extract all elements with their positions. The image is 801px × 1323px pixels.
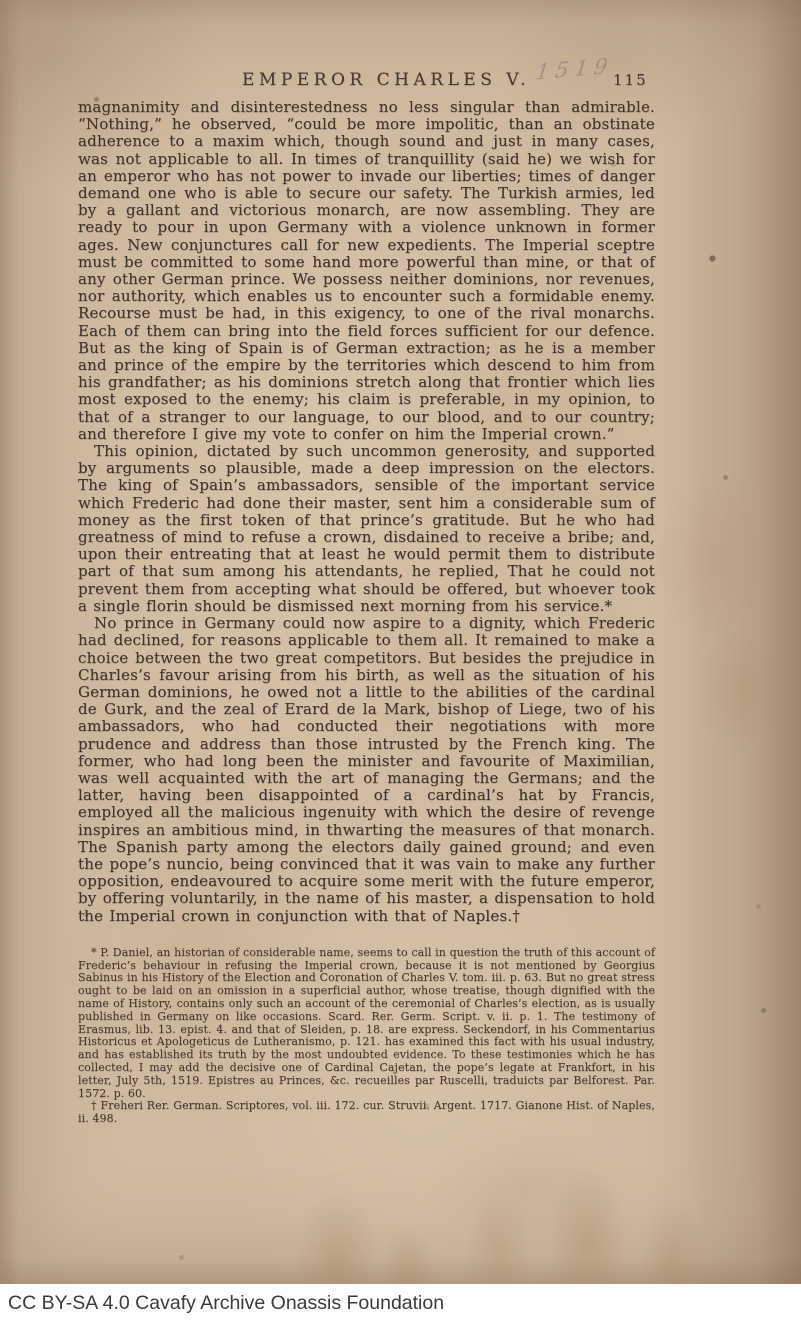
license-text: CC BY-SA 4.0 Cavafy Archive Onassis Foun… (8, 1292, 444, 1315)
page-body: magnanimity and disinterestedness no les… (78, 99, 655, 925)
body-paragraph-1: magnanimity and disinterestedness no les… (78, 99, 655, 443)
scanned-book-page: EMPEROR CHARLES V. 1519 115 magnanimity … (0, 0, 801, 1284)
footnote-dagger: † Freheri Rer. German. Scriptores, vol. … (78, 1100, 655, 1126)
body-paragraph-2: This opinion, dictated by such uncommon … (78, 443, 655, 615)
footnote-asterisk: * P. Daniel, an historian of considerabl… (78, 947, 655, 1101)
paper-specks-overlay (0, 0, 3, 3)
text-column: magnanimity and disinterestedness no les… (78, 99, 655, 1126)
page-number: 115 (613, 71, 648, 89)
footnotes-section: * P. Daniel, an historian of considerabl… (78, 947, 655, 1126)
license-attribution-bar: CC BY-SA 4.0 Cavafy Archive Onassis Foun… (0, 1284, 801, 1323)
body-paragraph-3: No prince in Germany could now aspire to… (78, 615, 655, 925)
